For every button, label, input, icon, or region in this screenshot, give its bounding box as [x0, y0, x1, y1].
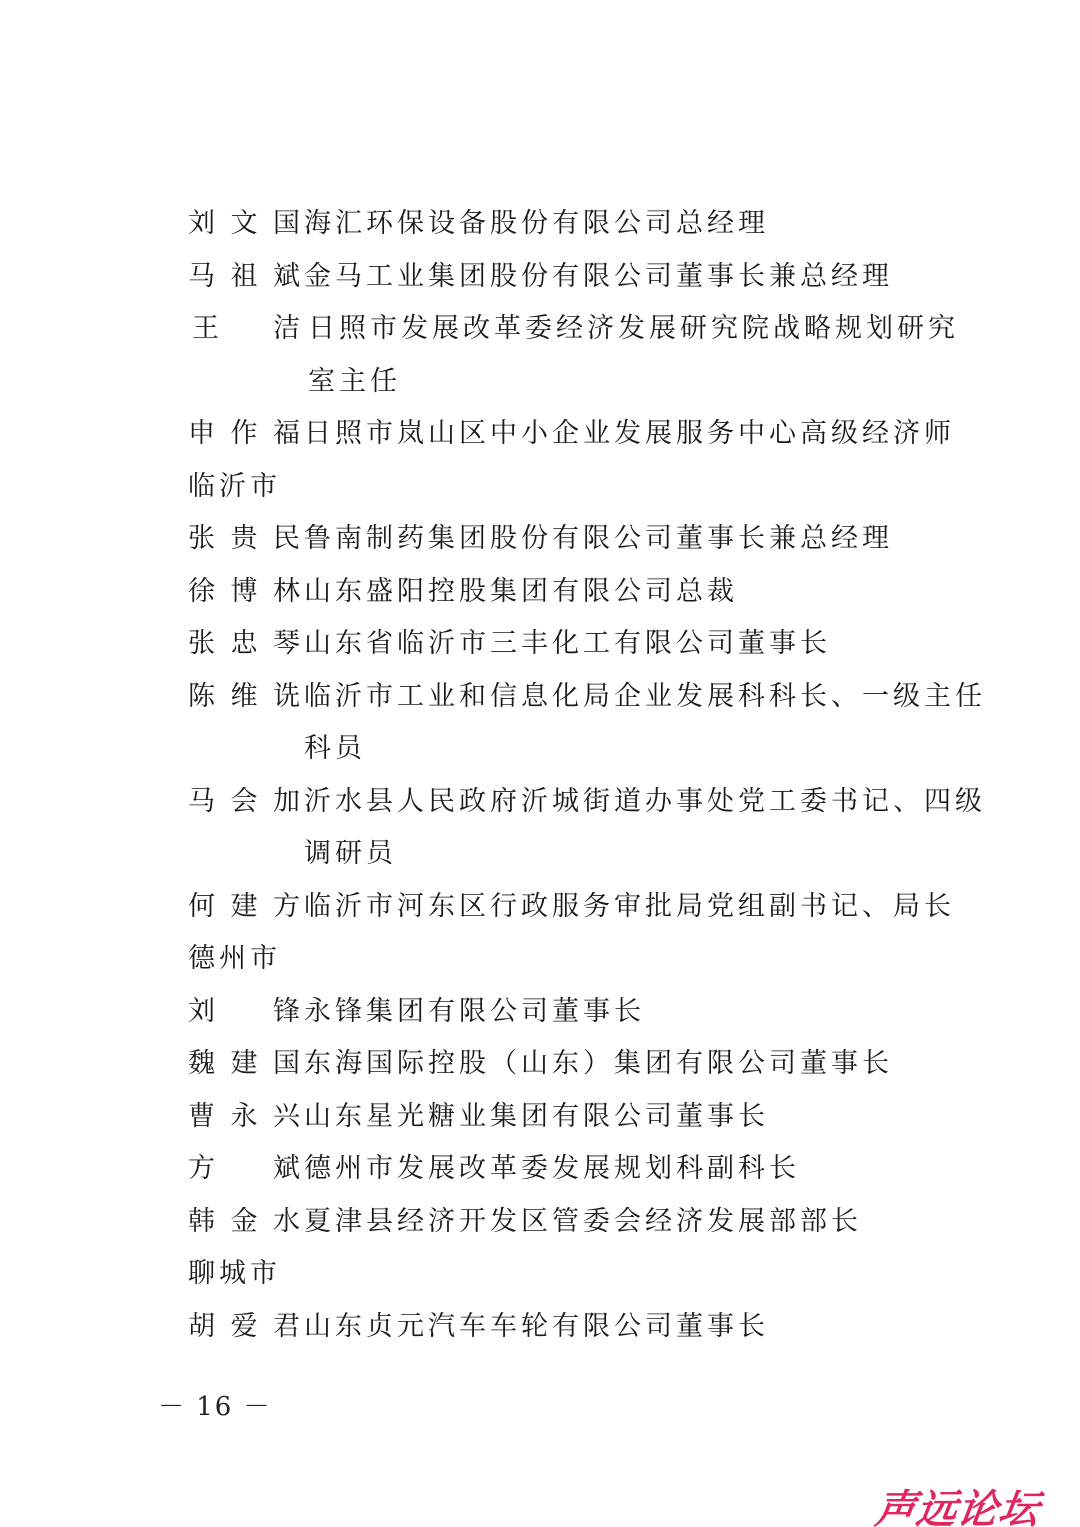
member-name: 曹永兴 [188, 1091, 304, 1144]
member-name-char: 刘 [188, 198, 219, 251]
member-name-char: 魏 [188, 1038, 219, 1091]
member-name-char: 忠 [231, 618, 262, 671]
member-name: 马祖斌 [188, 251, 304, 304]
document-page: 刘文国海汇环保设备股份有限公司总经理马祖斌金马工业集团股份有限公司董事长兼总经理… [0, 0, 1080, 1527]
member-entry: 胡爱君山东贞元汽车车轮有限公司董事长 [188, 1301, 948, 1354]
member-name-char: 金 [231, 1196, 262, 1249]
member-name-char: 永 [231, 1091, 262, 1144]
member-name-char: 建 [231, 881, 262, 934]
member-title: 山东星光糖业集团有限公司董事长 [304, 1091, 948, 1144]
member-title-line: 海汇环保设备股份有限公司总经理 [304, 198, 948, 251]
member-name-char: 诜 [273, 671, 304, 724]
member-name-char: 何 [188, 881, 219, 934]
member-name-char: 洁 [273, 303, 304, 356]
member-name-char: 作 [231, 408, 262, 461]
member-title: 山东盛阳控股集团有限公司总裁 [304, 566, 948, 619]
member-title-line: 日照市发展改革委经济发展研究院战略规划研究 [308, 303, 959, 356]
member-entry: 陈维诜临沂市工业和信息化局企业发展科科长、一级主任科员 [188, 671, 948, 776]
member-entry: 马祖斌金马工业集团股份有限公司董事长兼总经理 [188, 251, 948, 304]
member-title-line: 日照市岚山区中小企业发展服务中心高级经济师 [304, 408, 955, 461]
region-heading: 临沂市 [188, 461, 948, 514]
member-name-char: 会 [231, 776, 262, 829]
member-name: 胡爱君 [188, 1301, 304, 1354]
member-name-char: 博 [231, 566, 262, 619]
member-title-line: 室主任 [308, 356, 959, 409]
member-title: 山东省临沂市三丰化工有限公司董事长 [304, 618, 948, 671]
member-name: 刘锋 [188, 986, 304, 1039]
member-name-char: 加 [273, 776, 304, 829]
member-name-char: 爱 [231, 1301, 262, 1354]
member-name-char: 斌 [273, 251, 304, 304]
member-name-char: 贵 [231, 513, 262, 566]
member-name-char: 马 [188, 251, 219, 304]
member-title-line: 永锋集团有限公司董事长 [304, 986, 948, 1039]
member-title-line: 东海国际控股（山东）集团有限公司董事长 [304, 1038, 948, 1091]
member-name-char: 锋 [273, 986, 304, 1039]
member-title: 日照市发展改革委经济发展研究院战略规划研究室主任 [304, 303, 959, 408]
member-title: 夏津县经济开发区管委会经济发展部部长 [304, 1196, 948, 1249]
member-name: 韩金水 [188, 1196, 304, 1249]
member-name-char: 维 [231, 671, 262, 724]
member-entry: 方斌德州市发展改革委发展规划科副科长 [188, 1143, 948, 1196]
member-name-char: 马 [188, 776, 219, 829]
member-title: 海汇环保设备股份有限公司总经理 [304, 198, 948, 251]
region-heading-text: 德州市 [188, 933, 281, 986]
member-entry: 刘锋永锋集团有限公司董事长 [188, 986, 948, 1039]
member-name: 马会加 [188, 776, 304, 829]
member-name-char: 斌 [273, 1143, 304, 1196]
region-heading: 聊城市 [188, 1248, 948, 1301]
member-title-line: 德州市发展改革委发展规划科副科长 [304, 1143, 948, 1196]
member-name-char: 国 [273, 1038, 304, 1091]
member-name: 王洁 [188, 303, 304, 356]
member-name-char: 申 [188, 408, 219, 461]
member-title: 东海国际控股（山东）集团有限公司董事长 [304, 1038, 948, 1091]
member-name-char: 方 [188, 1143, 219, 1196]
region-heading-text: 临沂市 [188, 461, 281, 514]
member-name-char: 刘 [188, 986, 219, 1039]
member-title-line: 金马工业集团股份有限公司董事长兼总经理 [304, 251, 948, 304]
member-list: 刘文国海汇环保设备股份有限公司总经理马祖斌金马工业集团股份有限公司董事长兼总经理… [188, 198, 948, 1353]
member-name-char: 徐 [188, 566, 219, 619]
member-name-char: 陈 [188, 671, 219, 724]
region-heading-text: 聊城市 [188, 1248, 281, 1301]
member-name-char: 民 [273, 513, 304, 566]
member-title: 鲁南制药集团股份有限公司董事长兼总经理 [304, 513, 948, 566]
member-entry: 王洁日照市发展改革委经济发展研究院战略规划研究室主任 [188, 303, 948, 408]
member-title: 金马工业集团股份有限公司董事长兼总经理 [304, 251, 948, 304]
member-entry: 魏建国东海国际控股（山东）集团有限公司董事长 [188, 1038, 948, 1091]
member-title-line: 山东贞元汽车车轮有限公司董事长 [304, 1301, 948, 1354]
member-entry: 张忠琴山东省临沂市三丰化工有限公司董事长 [188, 618, 948, 671]
member-name-char: 国 [273, 198, 304, 251]
member-title: 山东贞元汽车车轮有限公司董事长 [304, 1301, 948, 1354]
member-title-line: 临沂市河东区行政服务审批局党组副书记、局长 [304, 881, 955, 934]
member-name: 申作福 [188, 408, 304, 461]
member-name: 刘文国 [188, 198, 304, 251]
member-name: 何建方 [188, 881, 304, 934]
member-name-char: 王 [192, 303, 223, 356]
member-name-char: 方 [273, 881, 304, 934]
member-name-char: 林 [273, 566, 304, 619]
member-title-line: 山东省临沂市三丰化工有限公司董事长 [304, 618, 948, 671]
member-name-char: 君 [273, 1301, 304, 1354]
member-title-line: 山东盛阳控股集团有限公司总裁 [304, 566, 948, 619]
member-entry: 徐博林山东盛阳控股集团有限公司总裁 [188, 566, 948, 619]
member-title-line: 科员 [304, 723, 986, 776]
member-name-char: 兴 [273, 1091, 304, 1144]
member-title: 德州市发展改革委发展规划科副科长 [304, 1143, 948, 1196]
member-name-char: 韩 [188, 1196, 219, 1249]
member-name-char: 文 [231, 198, 262, 251]
member-title-line: 临沂市工业和信息化局企业发展科科长、一级主任 [304, 671, 986, 724]
member-name-char: 胡 [188, 1301, 219, 1354]
member-entry: 申作福日照市岚山区中小企业发展服务中心高级经济师 [188, 408, 948, 461]
member-entry: 马会加沂水县人民政府沂城街道办事处党工委书记、四级调研员 [188, 776, 948, 881]
member-title: 临沂市河东区行政服务审批局党组副书记、局长 [304, 881, 955, 934]
member-name-char: 张 [188, 513, 219, 566]
member-title-line: 调研员 [304, 828, 986, 881]
member-entry: 何建方临沂市河东区行政服务审批局党组副书记、局长 [188, 881, 948, 934]
member-name: 张忠琴 [188, 618, 304, 671]
member-name-char: 曹 [188, 1091, 219, 1144]
page-number: － 16 － [158, 1386, 272, 1423]
member-name: 徐博林 [188, 566, 304, 619]
member-entry: 张贵民鲁南制药集团股份有限公司董事长兼总经理 [188, 513, 948, 566]
member-title: 临沂市工业和信息化局企业发展科科长、一级主任科员 [304, 671, 986, 776]
member-name-char: 张 [188, 618, 219, 671]
member-name: 陈维诜 [188, 671, 304, 724]
member-title: 沂水县人民政府沂城街道办事处党工委书记、四级调研员 [304, 776, 986, 881]
member-name: 方斌 [188, 1143, 304, 1196]
forum-watermark-logo: 声远论坛 [872, 1478, 1044, 1527]
member-name: 张贵民 [188, 513, 304, 566]
member-name-char: 琴 [273, 618, 304, 671]
member-name-char: 水 [273, 1196, 304, 1249]
member-title-line: 山东星光糖业集团有限公司董事长 [304, 1091, 948, 1144]
member-title-line: 鲁南制药集团股份有限公司董事长兼总经理 [304, 513, 948, 566]
member-entry: 韩金水夏津县经济开发区管委会经济发展部部长 [188, 1196, 948, 1249]
member-name-char: 建 [231, 1038, 262, 1091]
member-title: 永锋集团有限公司董事长 [304, 986, 948, 1039]
region-heading: 德州市 [188, 933, 948, 986]
member-name-char: 祖 [231, 251, 262, 304]
member-name-char: 福 [273, 408, 304, 461]
member-title-line: 夏津县经济开发区管委会经济发展部部长 [304, 1196, 948, 1249]
member-title: 日照市岚山区中小企业发展服务中心高级经济师 [304, 408, 955, 461]
member-name: 魏建国 [188, 1038, 304, 1091]
member-entry: 刘文国海汇环保设备股份有限公司总经理 [188, 198, 948, 251]
member-entry: 曹永兴山东星光糖业集团有限公司董事长 [188, 1091, 948, 1144]
member-title-line: 沂水县人民政府沂城街道办事处党工委书记、四级 [304, 776, 986, 829]
